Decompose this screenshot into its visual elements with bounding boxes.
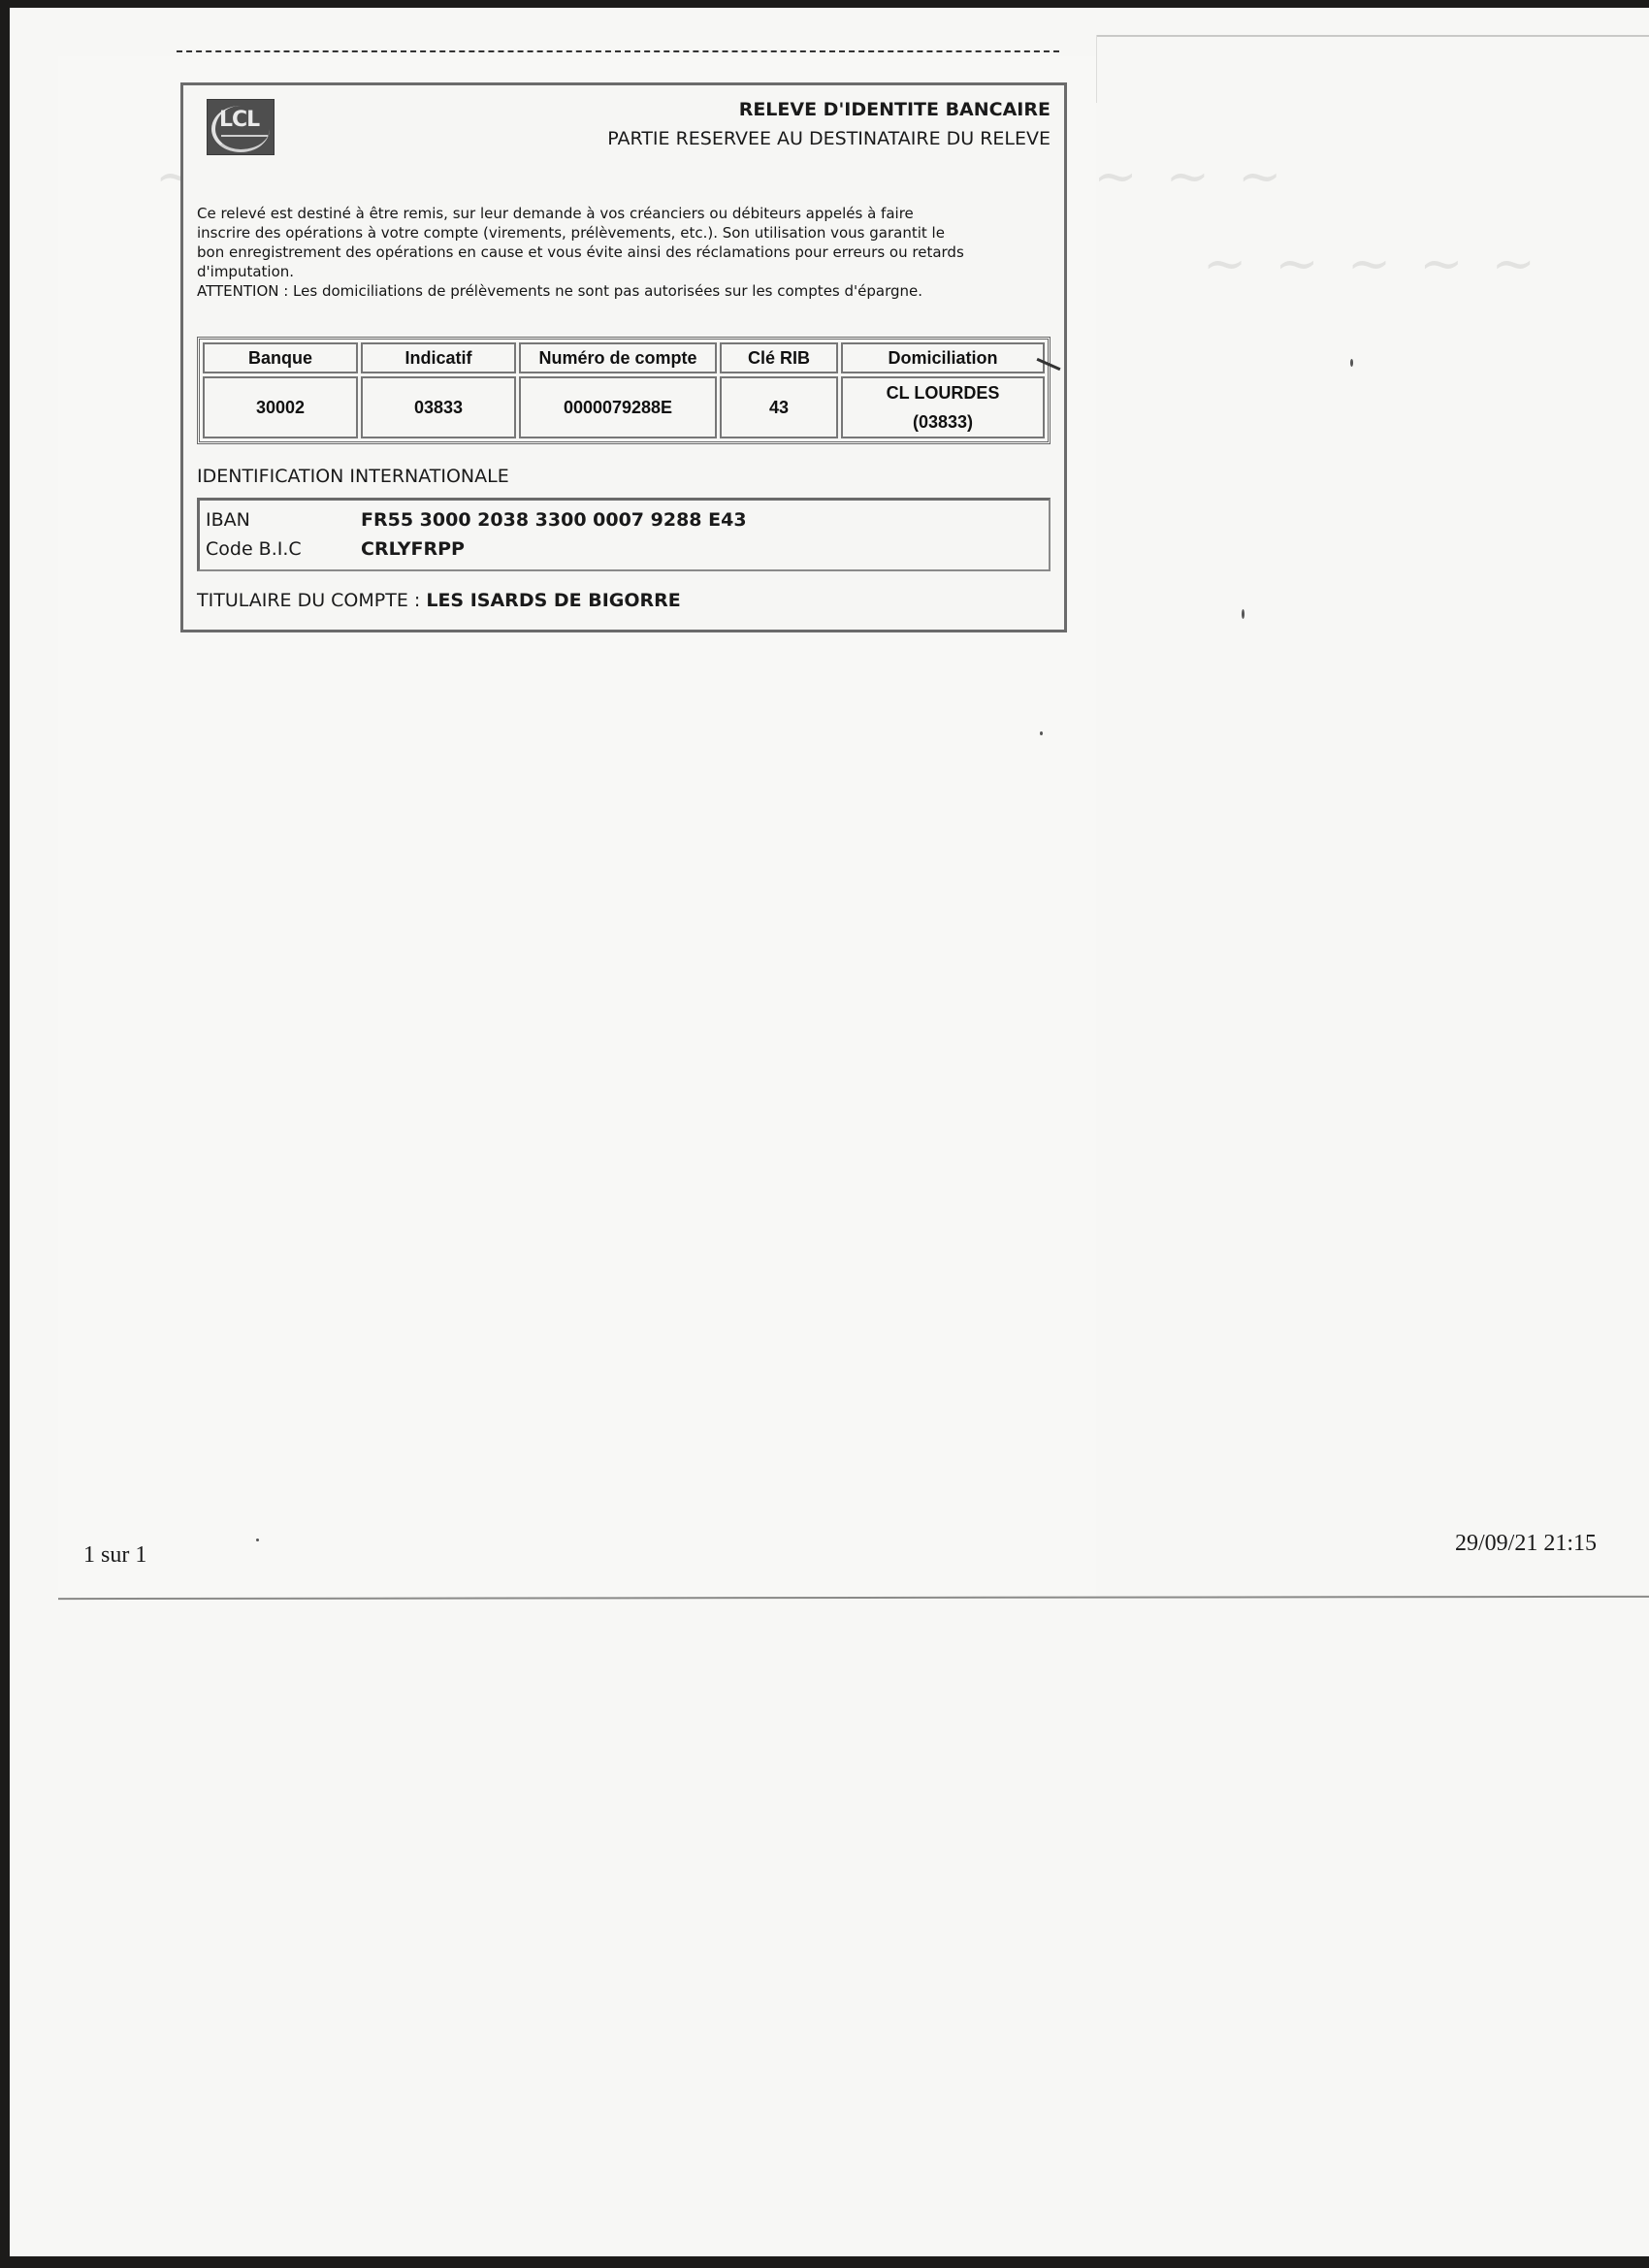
scan-speck — [256, 1539, 259, 1541]
scan-speck — [1040, 731, 1043, 735]
intro-line: inscrire des opérations à votre compte (… — [197, 223, 1051, 243]
header-domiciliation: Domiciliation — [841, 342, 1045, 373]
lcl-logo: LCL — [207, 99, 275, 155]
iban-value: FR55 3000 2038 3300 0007 9288 E43 — [361, 509, 747, 531]
table-row: 30002 03833 0000079288E 43 CL LOURDES (0… — [203, 376, 1045, 438]
cell-numero-compte: 0000079288E — [519, 376, 717, 438]
bank-details-table: Banque Indicatif Numéro de compte Clé RI… — [197, 337, 1051, 444]
international-heading: IDENTIFICATION INTERNATIONALE — [197, 466, 509, 487]
cell-banque: 30002 — [203, 376, 358, 438]
rib-card: LCL RELEVE D'IDENTITE BANCAIRE PARTIE RE… — [180, 82, 1067, 632]
attention-line: ATTENTION : Les domiciliations de prélèv… — [197, 281, 1051, 301]
scan-speck — [1350, 359, 1353, 367]
domiciliation-code: (03833) — [843, 407, 1043, 437]
holder-label: TITULAIRE DU COMPTE : — [197, 590, 420, 611]
cut-line — [177, 50, 1059, 52]
sheet-edge — [1096, 35, 1649, 37]
holder-value: LES ISARDS DE BIGORRE — [426, 590, 680, 611]
intro-line: Ce relevé est destiné à être remis, sur … — [197, 204, 1051, 223]
header-indicatif: Indicatif — [361, 342, 516, 373]
intro-paragraph: Ce relevé est destiné à être remis, sur … — [197, 204, 1051, 301]
sheet-edge — [1096, 35, 1097, 103]
iban-row: IBAN FR55 3000 2038 3300 0007 9288 E43 — [206, 506, 747, 534]
document-subtitle: PARTIE RESERVEE AU DESTINATAIRE DU RELEV… — [607, 128, 1051, 149]
header-banque: Banque — [203, 342, 358, 373]
intro-line: d'imputation. — [197, 262, 1051, 281]
cell-domiciliation: CL LOURDES (03833) — [841, 376, 1045, 438]
bic-row: Code B.I.C CRLYFRPP — [206, 535, 465, 563]
iban-label: IBAN — [206, 509, 361, 531]
account-holder: TITULAIRE DU COMPTE : LES ISARDS DE BIGO… — [197, 590, 681, 611]
cell-cle-rib: 43 — [720, 376, 838, 438]
table-header-row: Banque Indicatif Numéro de compte Clé RI… — [203, 342, 1045, 373]
intro-line: bon enregistrement des opérations en cau… — [197, 243, 1051, 262]
logo-tagline-bar — [221, 135, 268, 137]
logo-text: LCL — [219, 108, 259, 132]
header-cle-rib: Clé RIB — [720, 342, 838, 373]
cell-indicatif: 03833 — [361, 376, 516, 438]
domiciliation-name: CL LOURDES — [843, 378, 1043, 407]
header-numero-compte: Numéro de compte — [519, 342, 717, 373]
print-datetime: 29/09/21 21:15 — [1455, 1531, 1597, 1557]
bic-label: Code B.I.C — [206, 538, 361, 560]
bic-value: CRLYFRPP — [361, 538, 465, 560]
scan-speck — [1242, 609, 1245, 619]
international-box: IBAN FR55 3000 2038 3300 0007 9288 E43 C… — [197, 498, 1051, 571]
scanned-page: ~ ~ ~ ~ ~ ~ ~ ~ ~ ~ ~ ~ ~ ~ ~ ~ ~ ~ ~ ~ … — [0, 0, 1649, 2268]
document-title: RELEVE D'IDENTITE BANCAIRE — [739, 99, 1051, 120]
page-counter: 1 sur 1 — [83, 1542, 146, 1569]
